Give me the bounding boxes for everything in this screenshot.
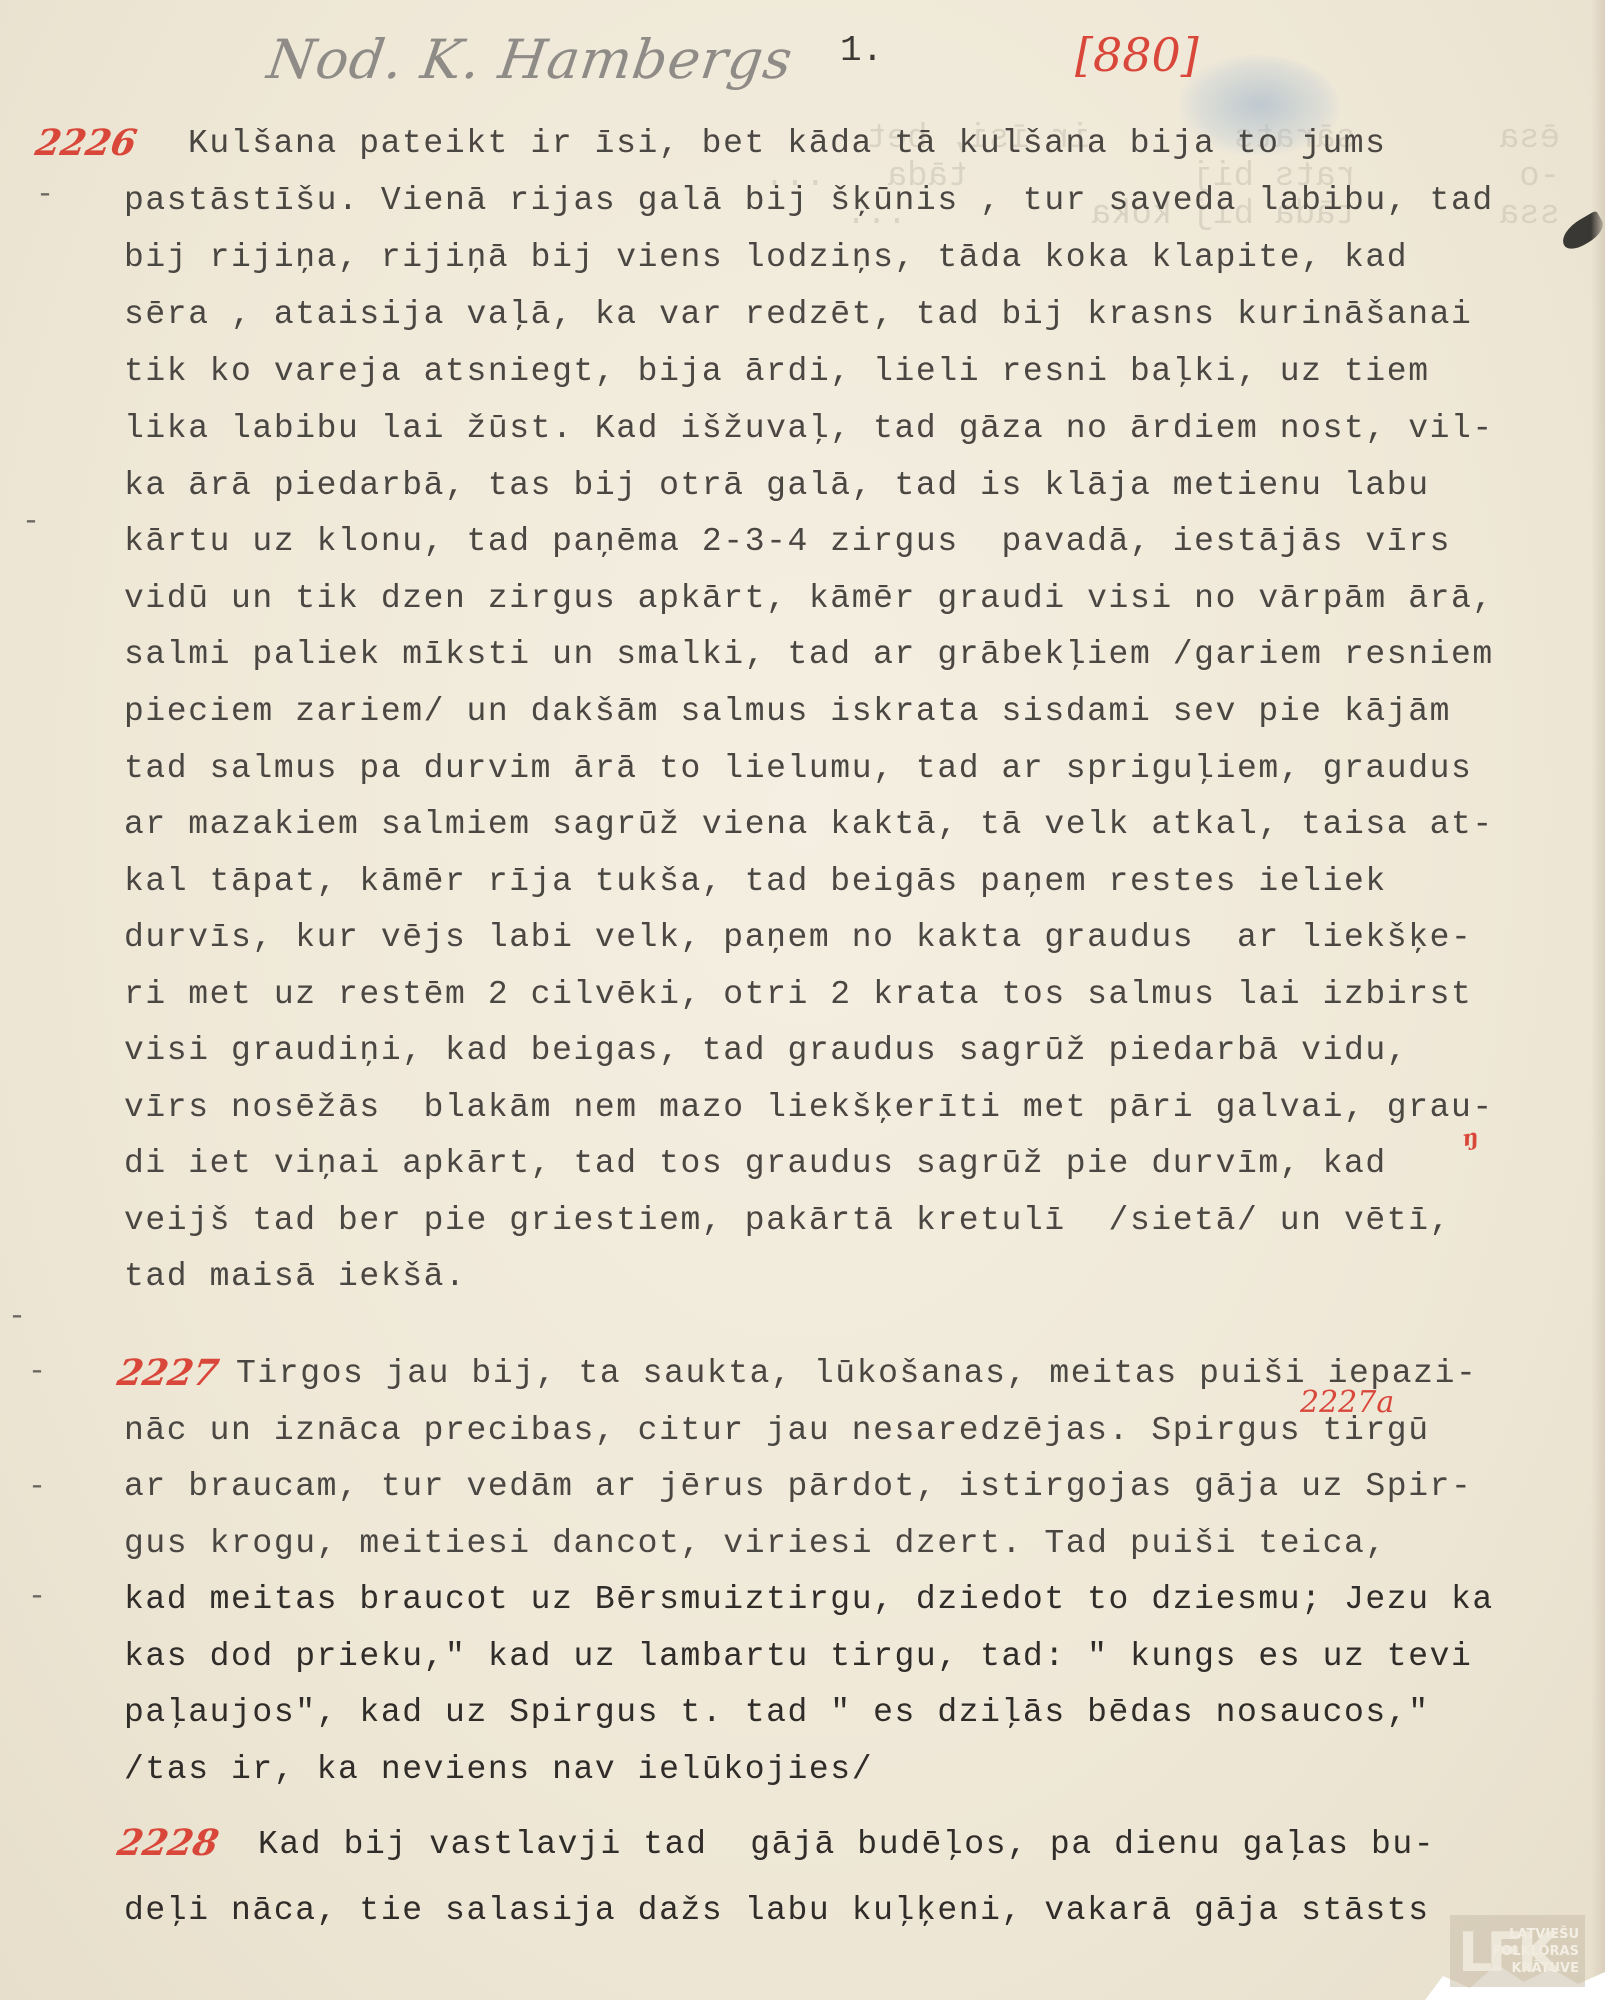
- page-edge-shadow: [1591, 0, 1605, 2000]
- text-line: ri met uz restēm 2 cilvēki, otri 2 krata…: [124, 976, 1472, 1013]
- text-line: tad salmus pa durvim ārā to lielumu, tad…: [124, 750, 1472, 787]
- margin-dash: -: [28, 1355, 46, 1389]
- scanned-page: ēsa sārats ir īsi, bet -o rats bij tāda …: [0, 0, 1605, 2000]
- text-line: /tas ir, ka neviens nav ielūkojies/: [124, 1751, 873, 1788]
- text-line: kas dod prieku," kad uz lambartu tirgu, …: [124, 1638, 1472, 1675]
- text-line: bij rijiņa, rijiņā bij viens lodziņs, tā…: [124, 239, 1408, 276]
- text-line: gus krogu, meitiesi dancot, viriesi dzer…: [124, 1525, 1387, 1562]
- lfk-logo-icon: LFK: [1458, 1921, 1553, 1984]
- text-line: kārtu uz klonu, tad paņēma 2-3-4 zirgus …: [124, 523, 1451, 560]
- margin-dash: -: [22, 505, 40, 539]
- text-line: vīrs nosēžās blakām nem mazo liekšķerīti…: [124, 1089, 1494, 1126]
- text-line: ar braucam, tur vedām ar jērus pārdot, i…: [124, 1468, 1472, 1505]
- text-line: lika labibu lai žūst. Kad išžuvaļ, tad g…: [124, 410, 1494, 447]
- text-line: Kad bij vastlavji tad gājā budēļos, pa d…: [258, 1826, 1435, 1863]
- red-correction-mark: ŋ: [1460, 1124, 1480, 1152]
- text-line: nāc un iznāca precibas, citur jau nesare…: [124, 1412, 1430, 1449]
- text-line: veijš tad ber pie griestiem, pakārtā kre…: [124, 1202, 1451, 1239]
- text-line: salmi paliek mīksti un smalki, tad ar gr…: [124, 636, 1494, 673]
- margin-dash: -: [8, 1300, 26, 1334]
- entry-number-2228: 2228: [114, 1822, 222, 1864]
- text-line: ar mazakiem salmiem sagrūž viena kaktā, …: [124, 806, 1494, 843]
- text-line: durvīs, kur vējs labi velk, paņem no kak…: [124, 919, 1472, 956]
- text-line: vidū un tik dzen zirgus apkārt, kāmēr gr…: [124, 580, 1494, 617]
- text-line: Kulšana pateikt ir īsi, bet kāda tā kulš…: [188, 125, 1387, 162]
- margin-dash: -: [28, 1580, 46, 1614]
- text-line: pastāstīšu. Vienā rijas galā bij šķūnis …: [124, 182, 1494, 219]
- text-line: tad maisā iekšā.: [124, 1258, 466, 1295]
- margin-dash: -: [36, 178, 54, 212]
- text-line: visi graudiņi, kad beigas, tad graudus s…: [124, 1032, 1408, 1069]
- text-line: deļi nāca, tie salasija dažs labu kuļķen…: [124, 1892, 1430, 1929]
- margin-dash: -: [28, 1470, 46, 1504]
- text-line: paļaujos", kad uz Spirgus t. tad " es dz…: [124, 1694, 1430, 1731]
- page-number: 1.: [840, 30, 883, 71]
- entry-number-2226: 2226: [32, 122, 140, 164]
- text-line: sēra , ataisija vaļā, ka var redzēt, tad…: [124, 296, 1472, 333]
- text-line: tik ko vareja atsniegt, bija ārdi, lieli…: [124, 353, 1430, 390]
- text-line: kal tāpat, kāmēr rīja tukša, tad beigās …: [124, 863, 1387, 900]
- text-line: ka ārā piedarbā, tas bij otrā galā, tad …: [124, 467, 1430, 504]
- archive-number: [880]: [1075, 28, 1199, 82]
- handwritten-collector-note: Nod. K. Hambergs: [264, 28, 797, 91]
- text-line: kad meitas braucot uz Bērsmuiztirgu, dzi…: [124, 1581, 1494, 1618]
- text-line: Tirgos jau bij, ta saukta, lūkošanas, me…: [236, 1355, 1477, 1392]
- text-line: pieciem zariem/ un dakšām salmus iskrata…: [124, 693, 1451, 730]
- entry-number-2227: 2227: [114, 1352, 222, 1394]
- text-line: di iet viņai apkārt, tad tos graudus sag…: [124, 1145, 1387, 1182]
- archive-watermark: LFK LATVIEŠU FOLKLORAS KRĀTUVE: [1450, 1915, 1585, 1987]
